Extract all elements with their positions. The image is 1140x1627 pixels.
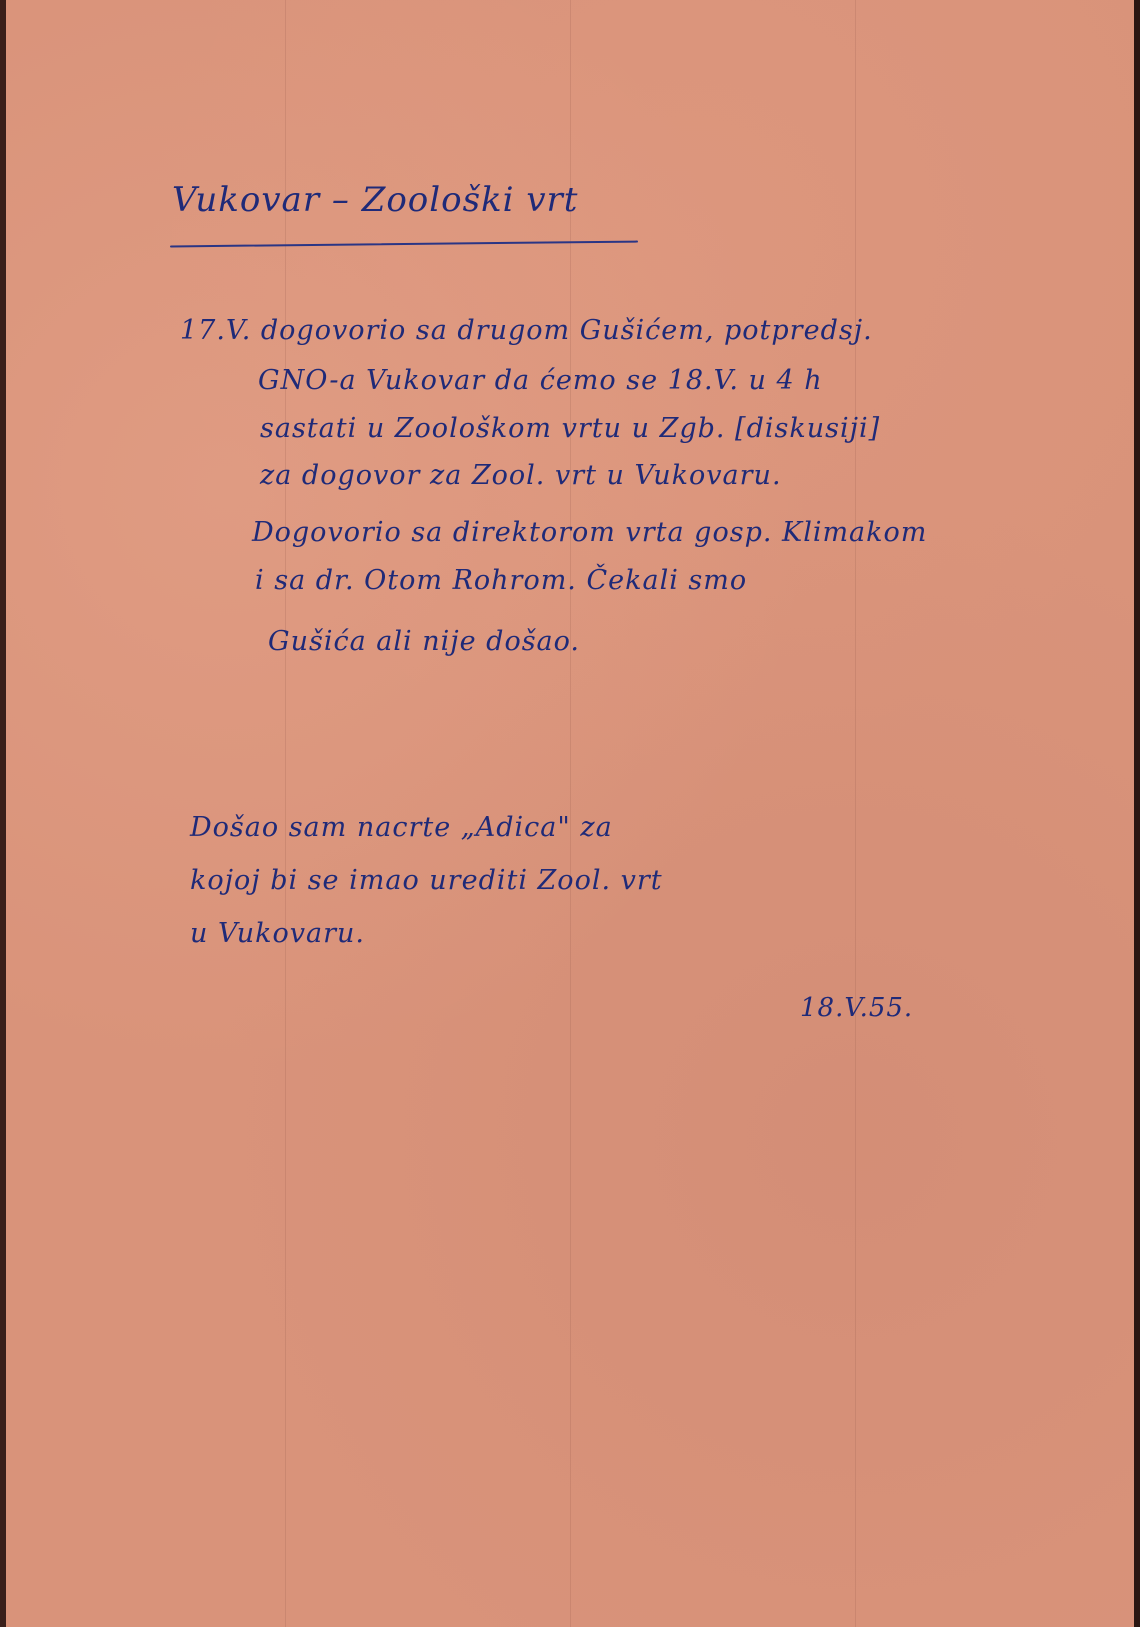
note-line: kojoj bi se imao urediti Zool. vrt	[190, 865, 663, 896]
document-title: Vukovar – Zoološki vrt	[172, 180, 578, 220]
note-line: GNO-a Vukovar da ćemo se 18.V. u 4 h	[258, 365, 823, 396]
note-line: Dogovorio sa direktorom vrta gosp. Klima…	[252, 517, 927, 548]
note-line: 17.V. dogovorio sa drugom Gušićem, potpr…	[180, 315, 873, 346]
page-edge-right	[1134, 0, 1140, 1627]
paper-fold	[855, 0, 856, 1627]
page-edge-left	[0, 0, 6, 1627]
note-line: i sa dr. Otom Rohrom. Čekali smo	[255, 565, 747, 596]
note-date: 18.V.55.	[800, 993, 913, 1023]
note-line: sastati u Zoološkom vrtu u Zgb. [diskusi…	[260, 413, 880, 444]
note-line: Došao sam nacrte „Adica" za	[190, 812, 613, 843]
note-line: za dogovor za Zool. vrt u Vukovaru.	[260, 460, 782, 491]
note-line: Gušića ali nije došao.	[268, 626, 580, 657]
title-underline	[170, 241, 638, 248]
note-line: u Vukovaru.	[190, 918, 365, 949]
